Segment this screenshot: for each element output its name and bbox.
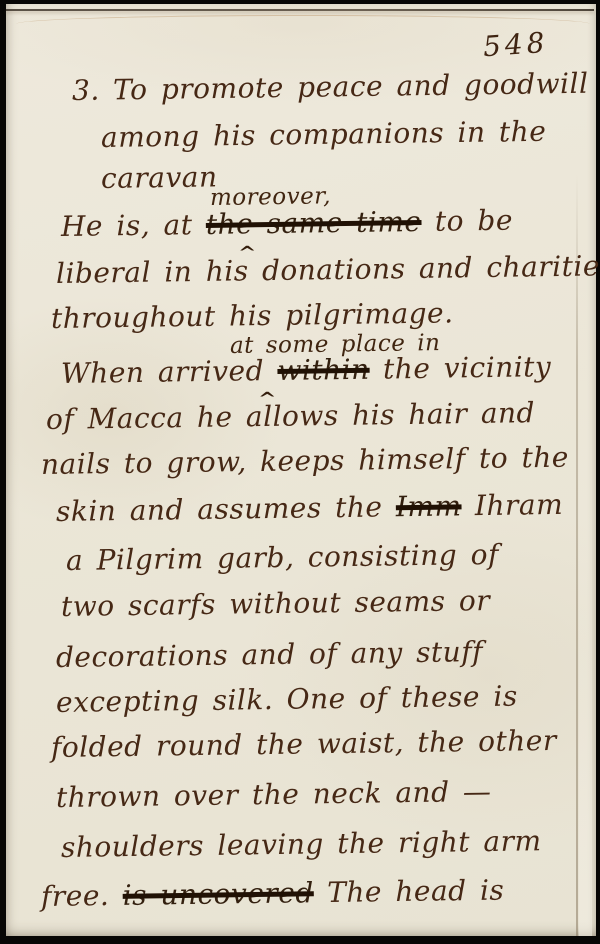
struck-out-text: Imm — [396, 489, 462, 523]
handwritten-text: When arrived — [61, 354, 278, 390]
handwritten-text: decorations and of any stuff — [56, 635, 483, 674]
struck-out-text: within — [277, 353, 370, 387]
handwritten-text: The head is — [314, 874, 505, 910]
handwritten-text: throughout his pilgrimage. — [51, 296, 454, 335]
handwritten-text: 3. To promote peace and goodwill — [72, 67, 589, 107]
manuscript-line: excepting silk. One of these is — [56, 680, 518, 719]
manuscript-line: thrown over the neck and — — [56, 775, 492, 814]
handwritten-text: among his companions in the — [101, 115, 547, 154]
manuscript-line: 3. To promote peace and goodwill — [72, 67, 589, 107]
handwritten-text: He is, at — [61, 208, 206, 243]
handwritten-text: two scarfs without seams or — [61, 584, 491, 623]
handwritten-text: folded round the waist, the other — [51, 724, 557, 764]
manuscript-line: He is, at the same time to be — [61, 204, 513, 243]
struck-out-text: the same time — [206, 205, 422, 241]
manuscript-line: caravan — [101, 160, 218, 195]
handwritten-text: nails to grow, keeps himself to the — [41, 441, 569, 481]
manuscript-line: nails to grow, keeps himself to the — [41, 441, 569, 481]
manuscript-line: folded round the waist, the other — [51, 724, 557, 764]
manuscript-line: When arrived within the vicinity — [61, 350, 552, 390]
handwritten-text: excepting silk. One of these is — [56, 680, 518, 719]
manuscript-line: decorations and of any stuff — [56, 635, 483, 674]
manuscript-page: 548 3. To promote peace and goodwillamon… — [6, 4, 596, 936]
caret-insertion-mark: ^ — [238, 243, 256, 264]
manuscript-text-layer: 3. To promote peace and goodwillamong hi… — [6, 4, 596, 936]
handwritten-text: free. — [41, 879, 123, 913]
handwritten-text: the vicinity — [369, 350, 551, 386]
handwritten-text: skin and assumes the — [56, 490, 396, 528]
manuscript-line: two scarfs without seams or — [61, 584, 491, 623]
manuscript-line: shoulders leaving the right arm — [61, 824, 542, 864]
manuscript-line: liberal in his donations and charities — [56, 249, 600, 290]
handwritten-text: liberal in his donations and charities — [56, 249, 600, 290]
handwritten-text: thrown over the neck and — — [56, 775, 492, 814]
manuscript-line: skin and assumes the Imm Ihram — [56, 488, 564, 528]
handwritten-text: a Pilgrim garb, consisting of — [66, 538, 499, 577]
handwritten-text: Ihram — [461, 488, 563, 522]
handwritten-text: caravan — [101, 160, 218, 195]
struck-out-text: is uncovered — [122, 876, 314, 912]
handwritten-text: shoulders leaving the right arm — [61, 824, 542, 864]
manuscript-line: free. is uncovered The head is — [41, 874, 505, 913]
manuscript-line: a Pilgrim garb, consisting of — [66, 538, 499, 577]
handwritten-text: to be — [421, 204, 513, 238]
manuscript-line: among his companions in the — [101, 115, 547, 154]
handwritten-text: of Macca he allows his hair and — [46, 396, 535, 436]
caret-insertion-mark: ^ — [258, 389, 276, 410]
manuscript-line: of Macca he allows his hair and — [46, 396, 535, 436]
manuscript-line: throughout his pilgrimage. — [51, 296, 454, 335]
